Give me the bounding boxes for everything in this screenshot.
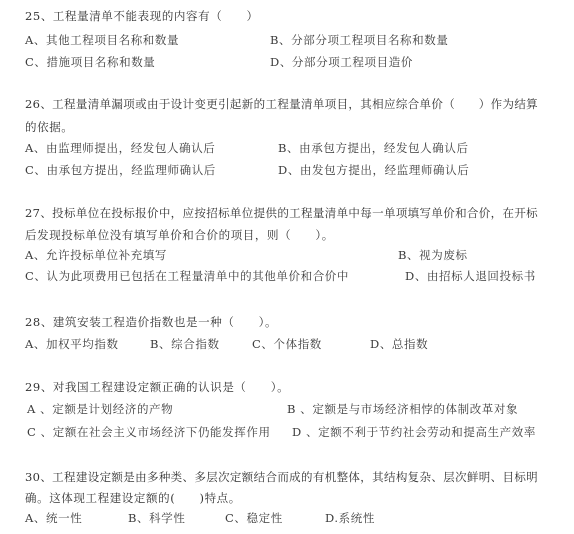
question-30-option-a: A、统一性 [25,511,82,525]
question-30-stem-line-2: 确。这体现工程建设定额的( )特点。 [25,491,241,505]
question-30-option-d: D.系统性 [325,511,375,525]
question-30-stem-line-1: 30、工程建设定额是由多种类、多层次定额结合而成的有机整体，其结构复杂、层次鲜明… [25,470,538,484]
question-26-option-b: B、由承包方提出，经发包人确认后 [278,141,469,155]
question-29-option-a: A 、定额是计划经济的产物 [27,402,173,416]
question-25-option-a: A、其他工程项目名称和数量 [25,33,179,47]
question-27-option-d: D、由招标人退回投标书 [405,269,536,283]
question-26-option-c: C、由承包方提出，经监理师确认后 [25,163,216,177]
question-28-option-d: D、总指数 [370,337,428,351]
question-29-option-b: B 、定额是与市场经济相悖的体制改革对象 [287,402,518,416]
question-26-option-a: A、由监理师提出，经发包人确认后 [25,141,215,155]
question-27-stem-line-2: 后发现投标单位没有填写单价和合价的项目，则（ ）。 [25,228,334,242]
question-29-option-c: C 、定额在社会主义市场经济下仍能发挥作用 [27,425,271,439]
question-27-option-a: A、允许投标单位补充填写 [25,248,167,262]
question-28-option-b: B、综合指数 [150,337,220,351]
question-25-option-d: D、分部分项工程项目造价 [270,55,413,69]
question-26-option-d: D、由发包方提出，经监理师确认后 [278,163,469,177]
question-25-stem: 25、工程量清单不能表现的内容有（ ） [25,9,259,23]
question-27-option-c: C、认为此项费用已包括在工程量清单中的其他单价和合价中 [25,269,349,283]
question-30-option-b: B、科学性 [128,511,185,525]
question-28-option-c: C、个体指数 [252,337,322,351]
question-29-option-d: D 、定额不利于节约社会劳动和提高生产效率 [292,425,536,439]
question-26-stem-line-1: 26、工程量清单漏项或由于设计变更引起新的工程量清单项目，其相应综合单价（ ）作… [25,97,538,111]
question-28-stem: 28、建筑安装工程造价指数也是一种（ ）。 [25,315,277,329]
question-28-option-a: A、加权平均指数 [25,337,119,351]
question-25-option-b: B、分部分项工程项目名称和数量 [270,33,448,47]
question-25-option-c: C、措施项目名称和数量 [25,55,155,69]
question-29-stem: 29、对我国工程建设定额正确的认识是（ ）。 [25,380,289,394]
question-27-option-b: B、视为废标 [398,248,468,262]
question-30-option-c: C、稳定性 [225,511,283,525]
question-27-stem-line-1: 27、投标单位在投标报价中，应按招标单位提供的工程量清单中每一单项填写单价和合价… [25,206,538,220]
question-26-stem-line-2: 的依据。 [25,120,73,134]
